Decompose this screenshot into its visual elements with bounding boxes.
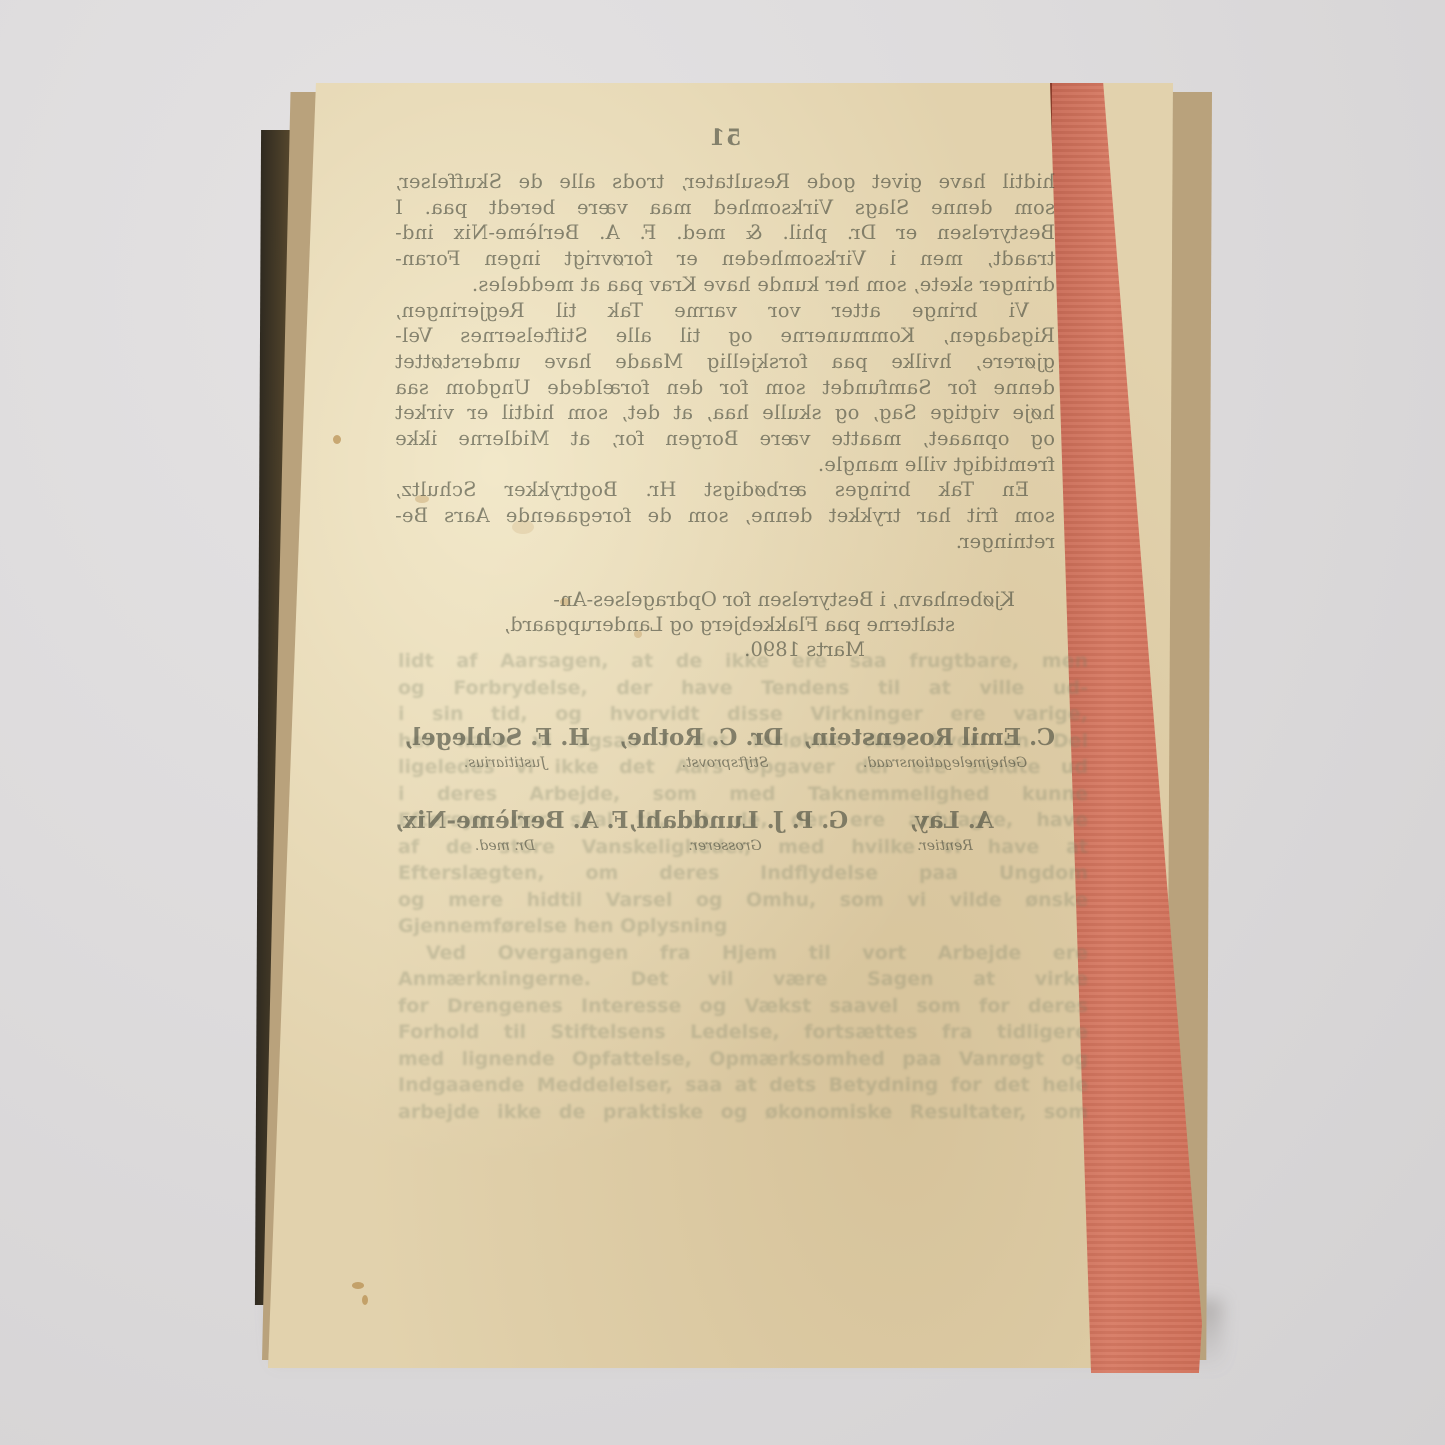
text-line: traadt, men i Virksomheden er forøvrigt …	[395, 246, 1055, 272]
foxing-spot	[333, 435, 341, 444]
body-paragraph: hidtil have givet gode Resultater, trods…	[395, 169, 1055, 477]
text-line: denne for Samfundet som for den forælded…	[395, 375, 1055, 401]
signatory-title: Dr. med.	[395, 838, 615, 854]
ghost-text-line: med lignende Opfattelse, Opmærksomhed pa…	[398, 1046, 1088, 1073]
signatory-name: A. Lay,	[848, 807, 1055, 834]
signatory-name: G. P. J. Lunddahl,	[628, 807, 848, 834]
signatory-title: Grosserer.	[615, 838, 835, 854]
signature-row: A. Lay,G. P. J. Lunddahl,F. A. Berlème-N…	[395, 807, 1055, 854]
ghost-text-line: Indgaaende Meddelelser, saa at dets Bety…	[398, 1072, 1088, 1099]
text-line: fremtidigt ville mangle.	[395, 452, 1055, 478]
text-line: som frit har trykket denne, som de foreg…	[395, 503, 1055, 529]
text-line: En Tak bringes ærbødigst Hr. Bogtrykker …	[395, 477, 1055, 503]
signatures: C. Emil Rosenstein,Dr. C. Rothe,H. F. Sc…	[395, 724, 1055, 854]
signatory-name: H. F. Schlegel,	[395, 724, 599, 751]
place-line: stalterne paa Flakkebjerg og Landerupgaa…	[395, 612, 1015, 637]
text-line: og opnaaet, maatte være Borgen for, at M…	[395, 426, 1055, 452]
signatory-title: Gehejmelegationsraad.	[835, 755, 1055, 771]
signature-row: C. Emil Rosenstein,Dr. C. Rothe,H. F. Sc…	[395, 724, 1055, 771]
ghost-text-line: og mere hidtil Varsel og Omhu, som vi vi…	[398, 887, 1088, 914]
foxing-spot	[352, 1282, 364, 1289]
place-and-date: Kjøbenhavn, i Bestyrelsen for Opdragelse…	[395, 587, 1055, 662]
signatory-name: F. A. Berlème-Nix,	[395, 807, 628, 834]
mirrored-bleed-through-text: 51 hidtil have givet gode Resultater, tr…	[395, 125, 1055, 854]
ghost-text-line: Anmærkningerne. Det vil være Sagen at vi…	[398, 966, 1088, 993]
text-line: Bestyrelsen er Dr. phil. & med. F. A. Be…	[395, 220, 1055, 246]
page-number: 51	[395, 125, 1055, 151]
foxing-spot	[362, 1295, 368, 1305]
text-line: som denne Slags Virksomhed maa være bere…	[395, 195, 1055, 221]
thanks-paragraph: En Tak bringes ærbødigst Hr. Bogtrykker …	[395, 477, 1055, 554]
text-line: gjørere, hvilke paa forskjellig Maade ha…	[395, 349, 1055, 375]
signatory-title: Rentier.	[835, 838, 1055, 854]
date-line: Marts 1890.	[395, 637, 1015, 662]
text-line: hidtil have givet gode Resultater, trods…	[395, 169, 1055, 195]
place-line: Kjøbenhavn, i Bestyrelsen for Opdragelse…	[395, 587, 1015, 612]
text-line: retninger.	[395, 529, 1055, 555]
signatory-title: Justitiarius.	[395, 755, 615, 771]
text-line: dringer skete, som her kunde have Krav p…	[395, 272, 1055, 298]
text-line: Vi bringe atter vor varme Tak til Regjer…	[395, 298, 1055, 324]
signatory-name: C. Emil Rosenstein,	[803, 724, 1055, 751]
ghost-text-line: Gjennemførelse hen Oplysning	[398, 913, 1088, 940]
signatory-title: Stiftsprovst.	[615, 755, 835, 771]
ghost-text-line: arbejde ikke de praktiske og økonomiske …	[398, 1099, 1088, 1126]
ghost-text-line: Forhold til Stiftelsens Ledelse, fortsæt…	[398, 1019, 1088, 1046]
text-line: høje vigtige Sag, og skulle haa, at det,…	[395, 400, 1055, 426]
signatory-name: Dr. C. Rothe,	[599, 724, 803, 751]
ghost-text-line: for Drengenes Interesse og Vækst saavel …	[398, 993, 1088, 1020]
ghost-text-line: Ved Overgangen fra Hjem til vort Arbejde…	[398, 940, 1088, 967]
ghost-text-line: Efterslægten, om deres Indflydelse paa U…	[398, 860, 1088, 887]
text-line: Rigsdagen, Kommunerne og til alle Stifte…	[395, 323, 1055, 349]
